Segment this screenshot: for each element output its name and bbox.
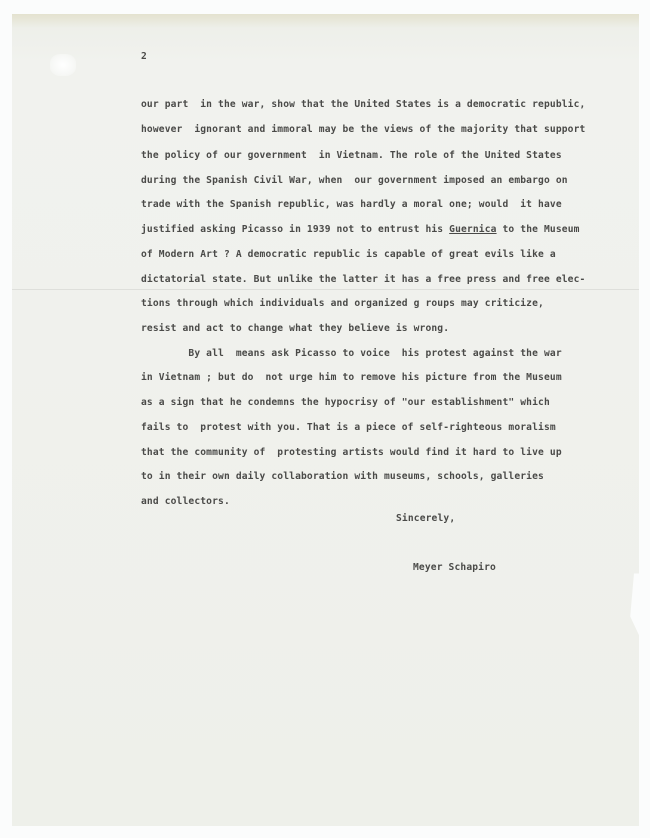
scanned-letter: 2 our part in the war, show that the Uni… <box>0 0 650 838</box>
paper-top-stain <box>12 14 639 28</box>
body-line: and collectors. <box>141 496 230 507</box>
body-line: tions through which individuals and orga… <box>141 298 544 309</box>
letter-closing: Sincerely, <box>396 513 455 524</box>
body-line: however ignorant and immoral may be the … <box>141 124 585 135</box>
body-line: that the community of protesting artists… <box>141 447 562 458</box>
body-line: in Vietnam ; but do not urge him to remo… <box>141 372 562 383</box>
body-line-text: justified asking Picasso in 1939 not to … <box>141 224 449 235</box>
page-number: 2 <box>141 51 147 62</box>
body-line: dictatorial state. But unlike the latter… <box>141 274 585 285</box>
body-line-with-title: justified asking Picasso in 1939 not to … <box>141 224 580 235</box>
paper-sheet <box>12 14 639 826</box>
signature-name: Meyer Schapiro <box>413 562 496 573</box>
body-line: resist and act to change what they belie… <box>141 323 449 334</box>
body-line: By all means ask Picasso to voice his pr… <box>141 348 562 359</box>
body-line: during the Spanish Civil War, when our g… <box>141 175 568 186</box>
body-line: trade with the Spanish republic, was har… <box>141 199 562 210</box>
artwork-title-guernica: Guernica <box>449 224 496 235</box>
body-line: to in their own daily collaboration with… <box>141 471 544 482</box>
body-line: fails to protest with you. That is a pie… <box>141 422 556 433</box>
body-line: as a sign that he condemns the hypocrisy… <box>141 397 550 408</box>
body-line: our part in the war, show that the Unite… <box>141 99 585 110</box>
paper-fold-line <box>12 289 639 290</box>
embossed-mark <box>50 54 76 76</box>
body-line: of Modern Art ? A democratic republic is… <box>141 249 556 260</box>
body-line-text: to the Museum <box>497 224 580 235</box>
body-line: the policy of our government in Vietnam.… <box>141 150 562 161</box>
